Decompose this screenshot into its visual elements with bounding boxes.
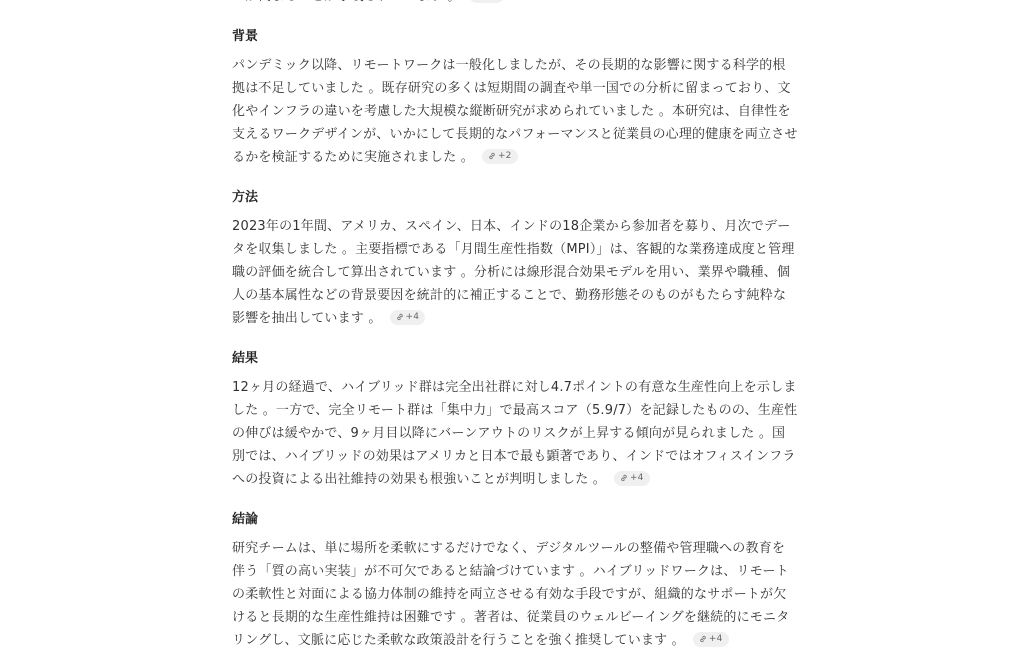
section-conclusion: 結論 研究チームは、単に場所を柔軟にするだけでなく、デジタルツールの整備や管理職… (232, 509, 798, 652)
section-title-background: 背景 (232, 26, 798, 48)
citation-chip[interactable]: +2 (482, 149, 518, 164)
section-background: 背景 パンデミック以降、リモートワークは一般化しましたが、その長期的な影響に関す… (232, 26, 798, 169)
section-title-results: 結果 (232, 348, 798, 370)
section-body-conclusion: 研究チームは、単に場所を柔軟にするだけでなく、デジタルツールの整備や管理職への教… (232, 537, 798, 652)
link-icon (488, 152, 496, 160)
section-title-methods: 方法 (232, 187, 798, 209)
citation-chip[interactable]: +4 (390, 310, 426, 325)
body-text: パンデミック以降、リモートワークは一般化しましたが、その長期的な影響に関する科学… (232, 58, 798, 165)
citation-count: +4 (630, 471, 644, 486)
section-methods: 方法 2023年の1年間、アメリカ、スペイン、日本、インドの18企業から参加者を… (232, 187, 798, 330)
citation-count: +2 (498, 149, 512, 164)
citation-chip[interactable]: +4 (614, 471, 650, 486)
intro-text: ンが高まることが示唆されています 。 (232, 0, 461, 4)
section-body-background: パンデミック以降、リモートワークは一般化しましたが、その長期的な影響に関する科学… (232, 54, 798, 169)
citation-count: +4 (406, 310, 420, 325)
section-title-conclusion: 結論 (232, 509, 798, 531)
intro-paragraph-tail: ンが高まることが示唆されています 。+4 (232, 0, 798, 8)
citation-count: +4 (709, 632, 723, 647)
citation-count: +4 (485, 0, 499, 3)
citation-chip[interactable]: +4 (469, 0, 505, 3)
section-results: 結果 12ヶ月の経過で、ハイブリッド群は完全出社群に対し4.7ポイントの有意な生… (232, 348, 798, 491)
link-icon (699, 635, 707, 643)
body-text: 12ヶ月の経過で、ハイブリッド群は完全出社群に対し4.7ポイントの有意な生産性向… (232, 380, 797, 487)
citation-chip[interactable]: +4 (693, 632, 729, 647)
section-body-methods: 2023年の1年間、アメリカ、スペイン、日本、インドの18企業から参加者を募り、… (232, 215, 798, 330)
body-text: 2023年の1年間、アメリカ、スペイン、日本、インドの18企業から参加者を募り、… (232, 219, 795, 326)
document-body: ンが高まることが示唆されています 。+4 背景 パンデミック以降、リモートワーク… (232, 0, 798, 652)
link-icon (396, 313, 404, 321)
link-icon (620, 474, 628, 482)
section-body-results: 12ヶ月の経過で、ハイブリッド群は完全出社群に対し4.7ポイントの有意な生産性向… (232, 376, 798, 491)
